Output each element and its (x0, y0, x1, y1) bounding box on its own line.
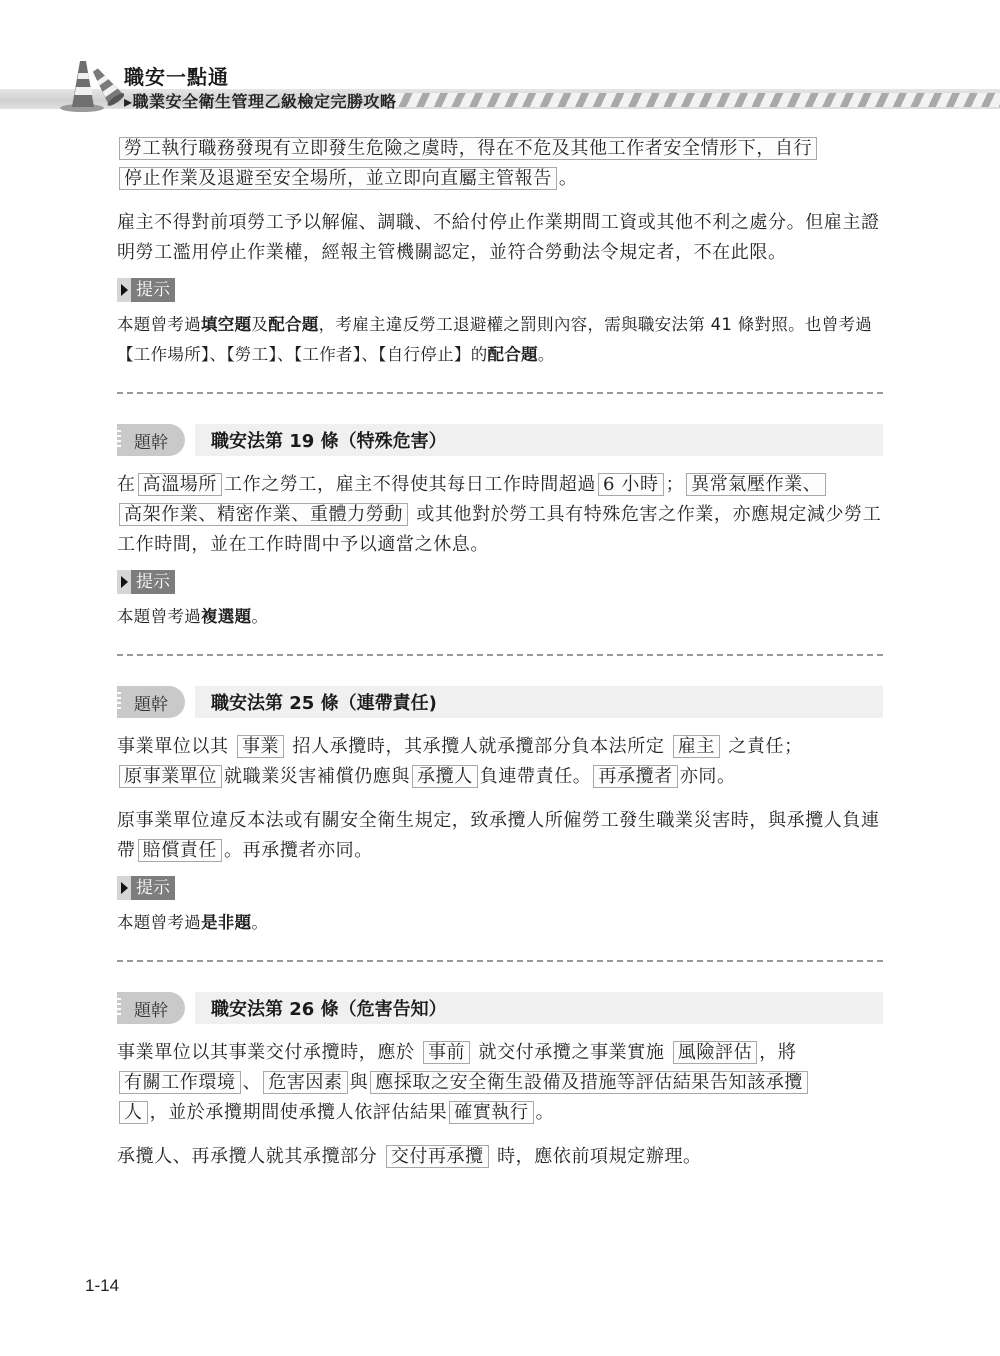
book-subtitle: ▸職業安全衛生管理乙級檢定完勝攻略 (124, 89, 397, 112)
triangle-right-icon (117, 570, 131, 594)
keyword-box: 6 小時 (598, 473, 664, 496)
keyword-box: 高溫場所 (138, 473, 222, 496)
dashed-divider (117, 654, 883, 656)
running-header: 職安一點通 ▸職業安全衛生管理乙級檢定完勝攻略 (0, 55, 1000, 115)
hint-label: 提示 (117, 570, 175, 594)
section-header-art26: 題幹 職安法第 26 條（危害告知） (117, 992, 883, 1024)
dashed-divider (117, 392, 883, 394)
keyword-box: 勞工執行職務發現有立即發生危險之虞時，得在不危及其他工作者安全情形下，自行 (119, 137, 817, 160)
dashed-divider (117, 960, 883, 962)
keyword-box: 確實執行 (449, 1101, 533, 1124)
keyword-box: 賠償責任 (138, 839, 222, 862)
page-content: 勞工執行職務發現有立即發生危險之虞時，得在不危及其他工作者安全情形下，自行 停止… (117, 134, 883, 1172)
hint-label: 提示 (117, 876, 175, 900)
hint-text: 本題曾考過填空題及配合題，考雇主違反勞工退避權之罰則內容，需與職安法第 41 條… (117, 310, 883, 370)
section-header-art25: 題幹 職安法第 25 條（連帶責任) (117, 686, 883, 718)
keyword-box: 原事業單位 (119, 765, 222, 788)
keyword-box: 雇主 (673, 735, 720, 758)
keyword-box: 風險評估 (673, 1041, 757, 1064)
page-number: 1-14 (85, 1276, 119, 1296)
hint-text: 本題曾考過是非題。 (117, 908, 883, 938)
header-stripes (395, 93, 1000, 107)
section-paragraph: 事業單位以其 事業 招人承攬時，其承攬人就承攬部分負本法所定 雇主 之責任；原事… (117, 732, 883, 792)
keyword-box: 有關工作環境 (119, 1071, 241, 1094)
section-paragraph: 事業單位以其事業交付承攬時，應於 事前 就交付承攬之事業實施 風險評估，將有關工… (117, 1038, 883, 1128)
book-series-title: 職安一點通 (124, 61, 229, 90)
keyword-box: 事業 (237, 735, 284, 758)
hint-label: 提示 (117, 278, 175, 302)
triangle-right-icon (117, 278, 131, 302)
stem-tag: 題幹 (117, 686, 185, 718)
section-paragraph: 原事業單位違反本法或有關安全衛生規定，致承攬人所僱勞工發生職業災害時，與承攬人負… (117, 806, 883, 866)
keyword-box: 異常氣壓作業、 (686, 473, 826, 496)
intro-paragraph-1: 勞工執行職務發現有立即發生危險之虞時，得在不危及其他工作者安全情形下，自行 停止… (117, 134, 883, 194)
stem-tag: 題幹 (117, 424, 185, 456)
keyword-box: 再承攬者 (593, 765, 677, 788)
keyword-box: 交付再承攬 (386, 1145, 489, 1168)
stem-tag: 題幹 (117, 992, 185, 1024)
section-title: 職安法第 25 條（連帶責任) (195, 686, 883, 718)
section-title: 職安法第 19 條（特殊危害） (195, 424, 883, 456)
section-header-art19: 題幹 職安法第 19 條（特殊危害） (117, 424, 883, 456)
hint-text: 本題曾考過複選題。 (117, 602, 883, 632)
keyword-box: 停止作業及退避至安全場所，並立即向直屬主管報告 (119, 167, 557, 190)
keyword-box: 高架作業、精密作業、重體力勞動 (119, 503, 408, 526)
triangle-right-icon (117, 876, 131, 900)
intro-paragraph-2: 雇主不得對前項勞工予以解僱、調職、不給付停止作業期間工資或其他不利之處分。但雇主… (117, 208, 883, 268)
keyword-box: 承攬人 (412, 765, 478, 788)
section-paragraph: 承攬人、再承攬人就其承攬部分 交付再承攬 時，應依前項規定辦理。 (117, 1142, 883, 1172)
keyword-box: 應採取之安全衛生設備及措施等評估結果告知該承攬 (370, 1071, 808, 1094)
traffic-cones-icon (58, 57, 124, 113)
keyword-box: 人 (119, 1101, 148, 1124)
subtitle-arrow-icon: ▸ (124, 92, 133, 111)
section-title: 職安法第 26 條（危害告知） (195, 992, 883, 1024)
section-paragraph: 在高溫場所工作之勞工，雇主不得使其每日工作時間超過6 小時；異常氣壓作業、高架作… (117, 470, 883, 560)
keyword-box: 危害因素 (263, 1071, 347, 1094)
keyword-box: 事前 (423, 1041, 470, 1064)
